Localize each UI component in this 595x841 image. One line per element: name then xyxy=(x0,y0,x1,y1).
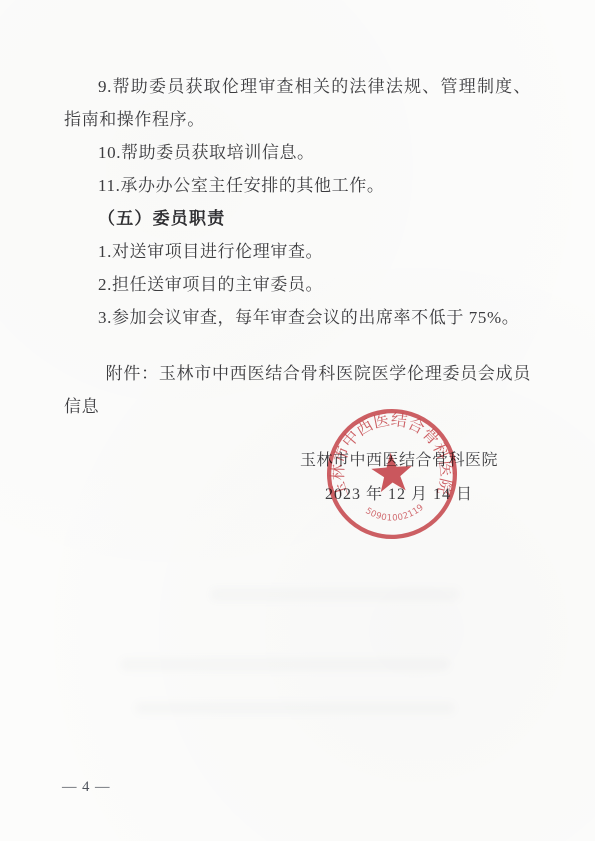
document-body: 9.帮助委员获取伦理审查相关的法律法规、管理制度、指南和操作程序。 10.帮助委… xyxy=(64,70,531,423)
official-seal: 玉林市中西医结合骨科医院 4509010021197 xyxy=(316,398,468,550)
bleed-through-ghost xyxy=(210,588,460,601)
attachment-line: 附件：玉林市中西医结合骨科医院医学伦理委员会成员信息 xyxy=(64,357,531,423)
body-paragraph: 11.承办办公室主任安排的其他工作。 xyxy=(64,169,531,202)
body-paragraph: 1.对送审项目进行伦理审查。 xyxy=(64,235,531,268)
seal-star-icon xyxy=(370,451,413,492)
bleed-through-ghost xyxy=(120,658,450,671)
document-page: 9.帮助委员获取伦理审查相关的法律法规、管理制度、指南和操作程序。 10.帮助委… xyxy=(0,0,595,841)
page-number: — 4 — xyxy=(62,779,111,796)
svg-text:4509010021197: 4509010021197 xyxy=(316,398,427,528)
bleed-through-ghost xyxy=(135,702,455,714)
body-paragraph: 3.参加会议审查，每年审查会议的出席率不低于 75%。 xyxy=(64,301,531,334)
seal-serial-number: 4509010021197 xyxy=(316,398,427,528)
body-paragraph: 9.帮助委员获取伦理审查相关的法律法规、管理制度、指南和操作程序。 xyxy=(64,70,531,136)
body-paragraph: 2.担任送审项目的主审委员。 xyxy=(64,268,531,301)
section-heading: （五）委员职责 xyxy=(64,202,531,235)
body-paragraph: 10.帮助委员获取培训信息。 xyxy=(64,136,531,169)
